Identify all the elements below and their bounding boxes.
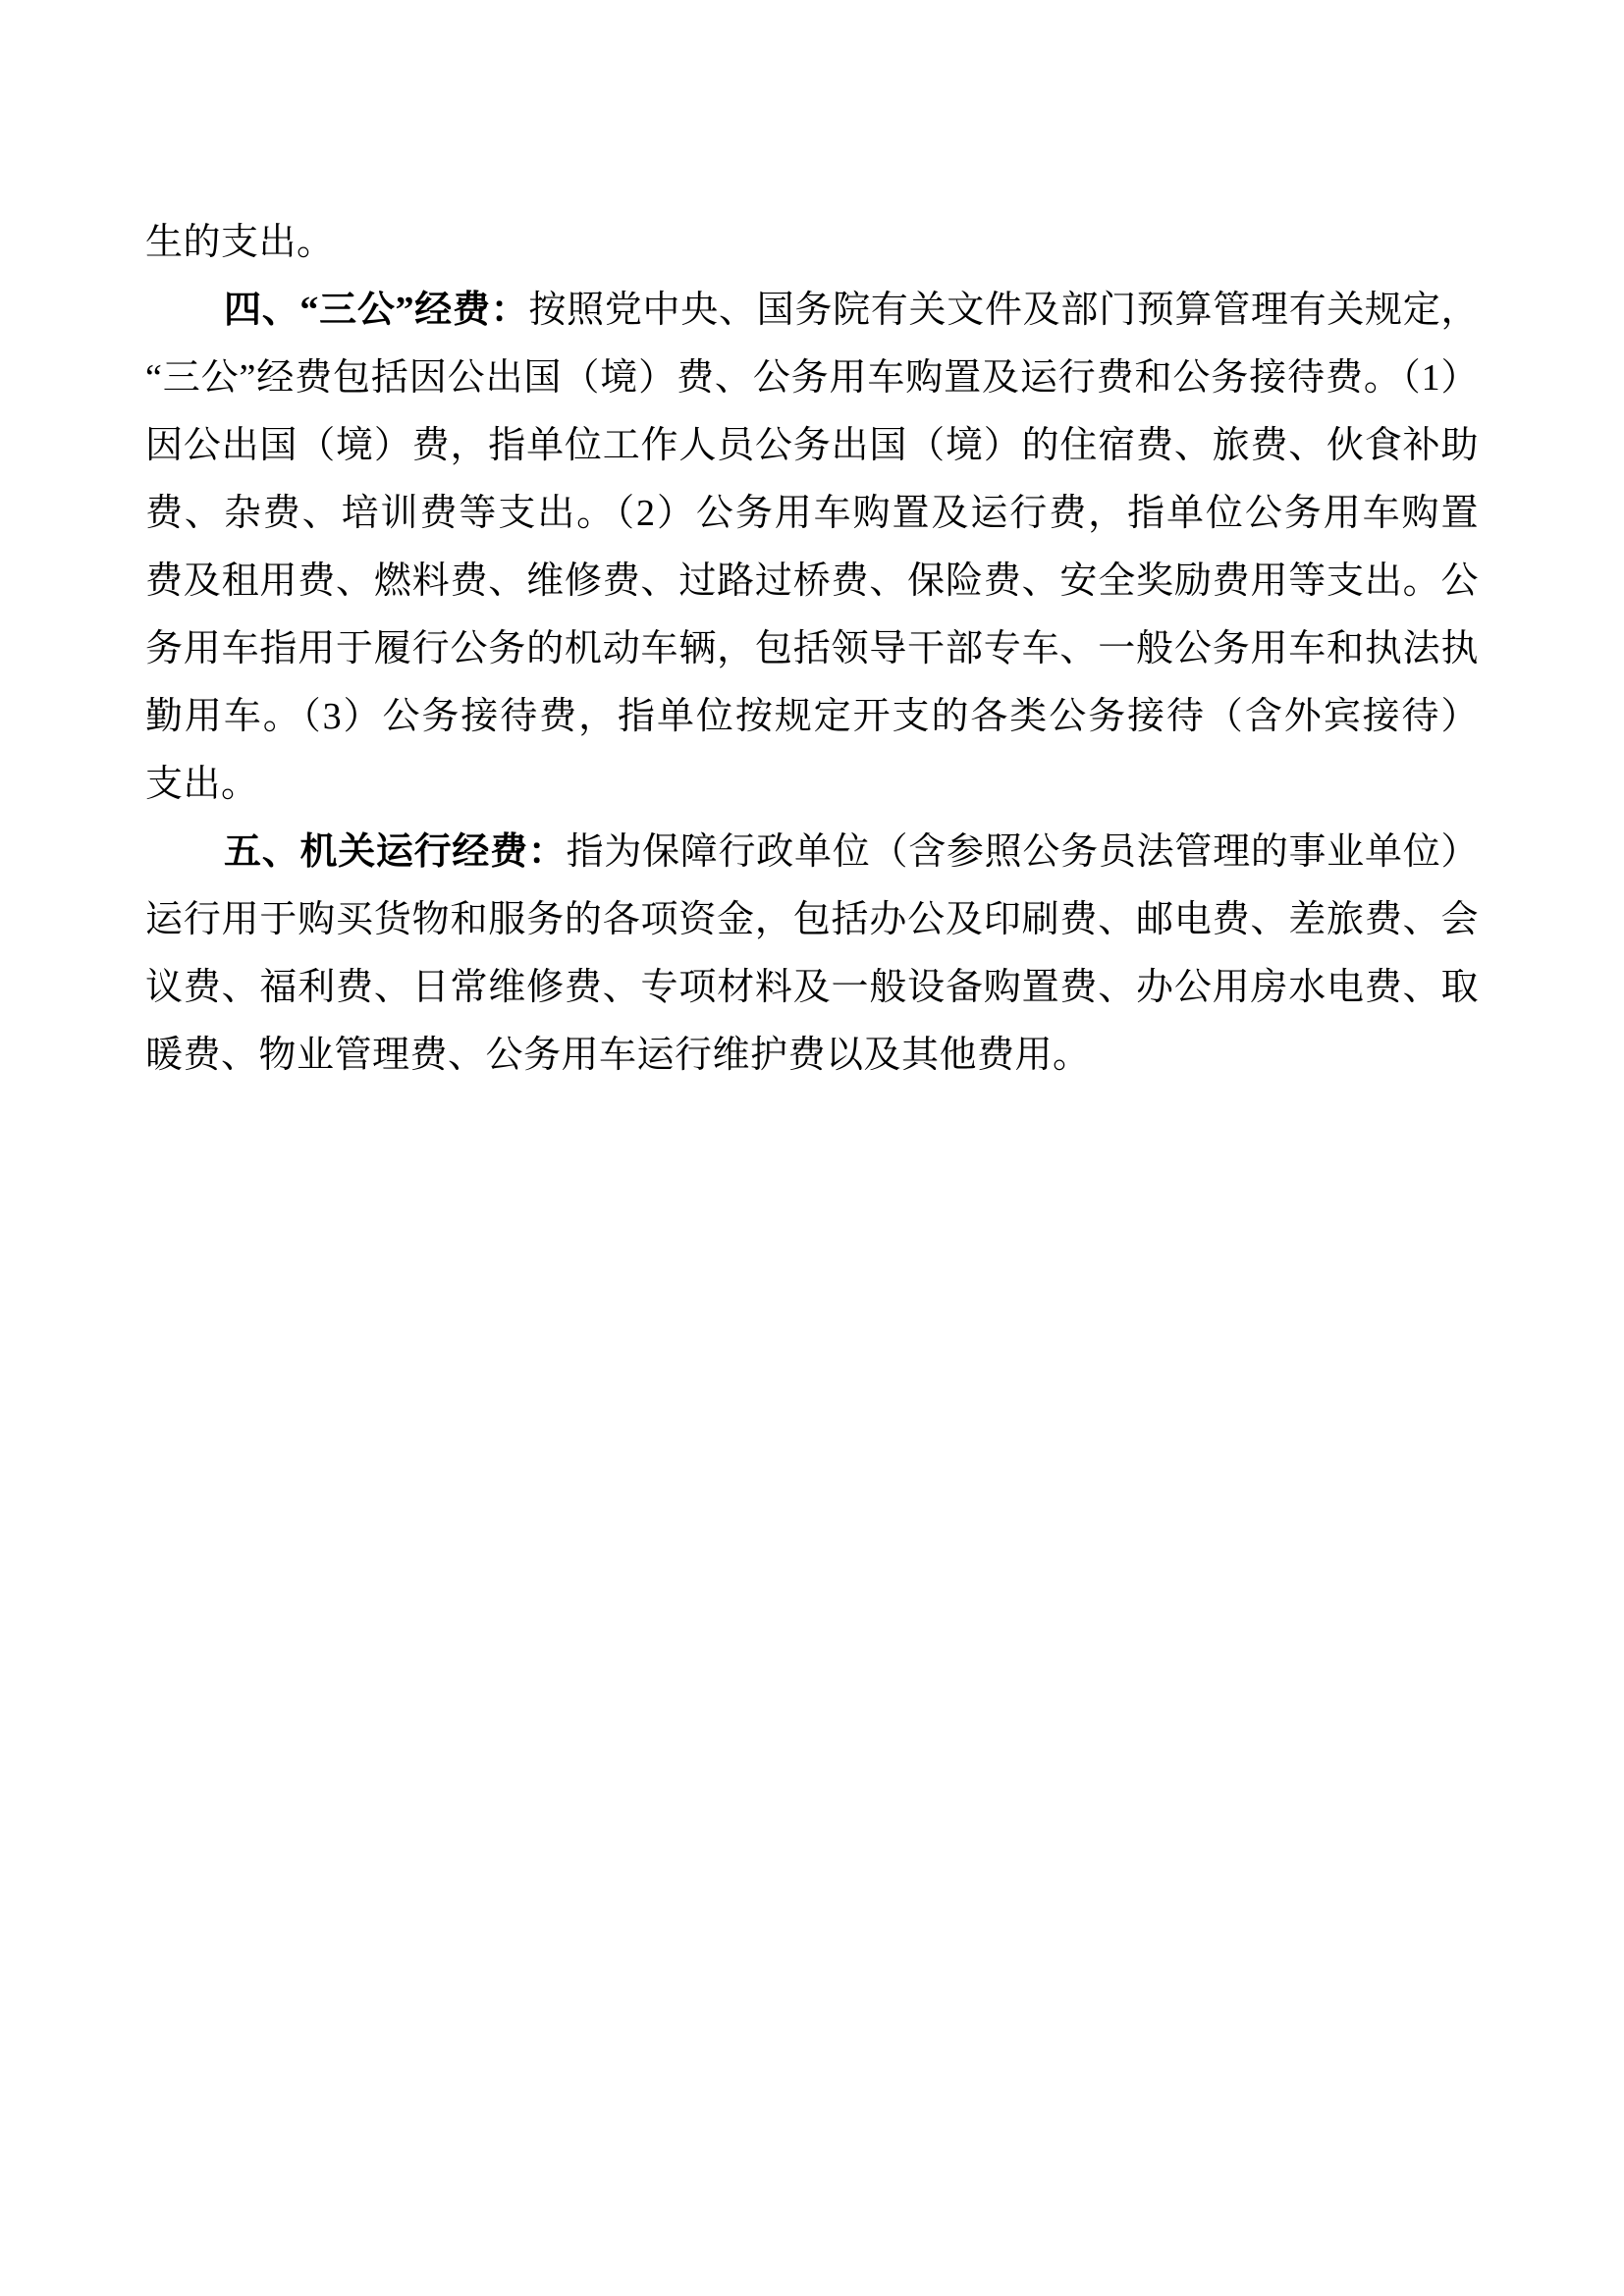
line-text: 议费、福利费、日常维修费、专项材料及一般设备购置费、办公用房水电费、取 — [145, 967, 1479, 1008]
paragraph-line: 费及租用费、燃料费、维修费、过路过桥费、保险费、安全奖励费用等支出。公 — [145, 548, 1479, 615]
line-text: 生的支出。 — [145, 222, 335, 263]
paragraph-line: 五、机关运行经费：指为保障行政单位（含参照公务员法管理的事业单位） — [145, 819, 1479, 886]
line-text: 费及租用费、燃料费、维修费、过路过桥费、保险费、安全奖励费用等支出。公 — [145, 561, 1479, 602]
section-heading-five: 五、机关运行经费： — [224, 831, 567, 873]
section-heading-four: 四、“三公”经费： — [224, 290, 528, 331]
paragraph-line: 务用车指用于履行公务的机动车辆，包括领导干部专车、一般公务用车和执法执 — [145, 615, 1479, 683]
line-text: 指为保障行政单位（含参照公务员法管理的事业单位） — [567, 831, 1479, 873]
line-text: 支出。 — [145, 764, 259, 805]
paragraph-line: “三公”经费包括因公出国（境）费、公务用车购置及运行费和公务接待费。（1） — [145, 345, 1479, 412]
document-page: 生的支出。 四、“三公”经费：按照党中央、国务院有关文件及部门预算管理有关规定，… — [0, 0, 1624, 2296]
document-body: 生的支出。 四、“三公”经费：按照党中央、国务院有关文件及部门预算管理有关规定，… — [145, 209, 1479, 1090]
line-text: 务用车指用于履行公务的机动车辆，包括领导干部专车、一般公务用车和执法执 — [145, 628, 1479, 669]
paragraph-line: 费、杂费、培训费等支出。（2）公务用车购置及运行费，指单位公务用车购置 — [145, 480, 1479, 548]
line-text: 费、杂费、培训费等支出。（2）公务用车购置及运行费，指单位公务用车购置 — [145, 493, 1479, 534]
paragraph-line: 生的支出。 — [145, 209, 1479, 277]
paragraph-line: 暖费、物业管理费、公务用车运行维护费以及其他费用。 — [145, 1022, 1479, 1090]
paragraph-line: 四、“三公”经费：按照党中央、国务院有关文件及部门预算管理有关规定， — [145, 277, 1479, 345]
paragraph-line: 因公出国（境）费，指单位工作人员公务出国（境）的住宿费、旅费、伙食补助 — [145, 412, 1479, 480]
line-text: “三公”经费包括因公出国（境）费、公务用车购置及运行费和公务接待费。（1） — [145, 357, 1479, 399]
paragraph-line: 议费、福利费、日常维修费、专项材料及一般设备购置费、办公用房水电费、取 — [145, 954, 1479, 1022]
line-text: 运行用于购买货物和服务的各项资金，包括办公及印刷费、邮电费、差旅费、会 — [145, 899, 1479, 940]
paragraph-line: 勤用车。（3）公务接待费，指单位按规定开支的各类公务接待（含外宾接待） — [145, 683, 1479, 751]
line-text: 因公出国（境）费，指单位工作人员公务出国（境）的住宿费、旅费、伙食补助 — [145, 425, 1479, 466]
line-text: 暖费、物业管理费、公务用车运行维护费以及其他费用。 — [145, 1035, 1091, 1076]
paragraph-line: 支出。 — [145, 751, 1479, 819]
paragraph-line: 运行用于购买货物和服务的各项资金，包括办公及印刷费、邮电费、差旅费、会 — [145, 886, 1479, 954]
line-text: 勤用车。（3）公务接待费，指单位按规定开支的各类公务接待（含外宾接待） — [145, 696, 1479, 737]
line-text: 按照党中央、国务院有关文件及部门预算管理有关规定， — [528, 290, 1479, 331]
